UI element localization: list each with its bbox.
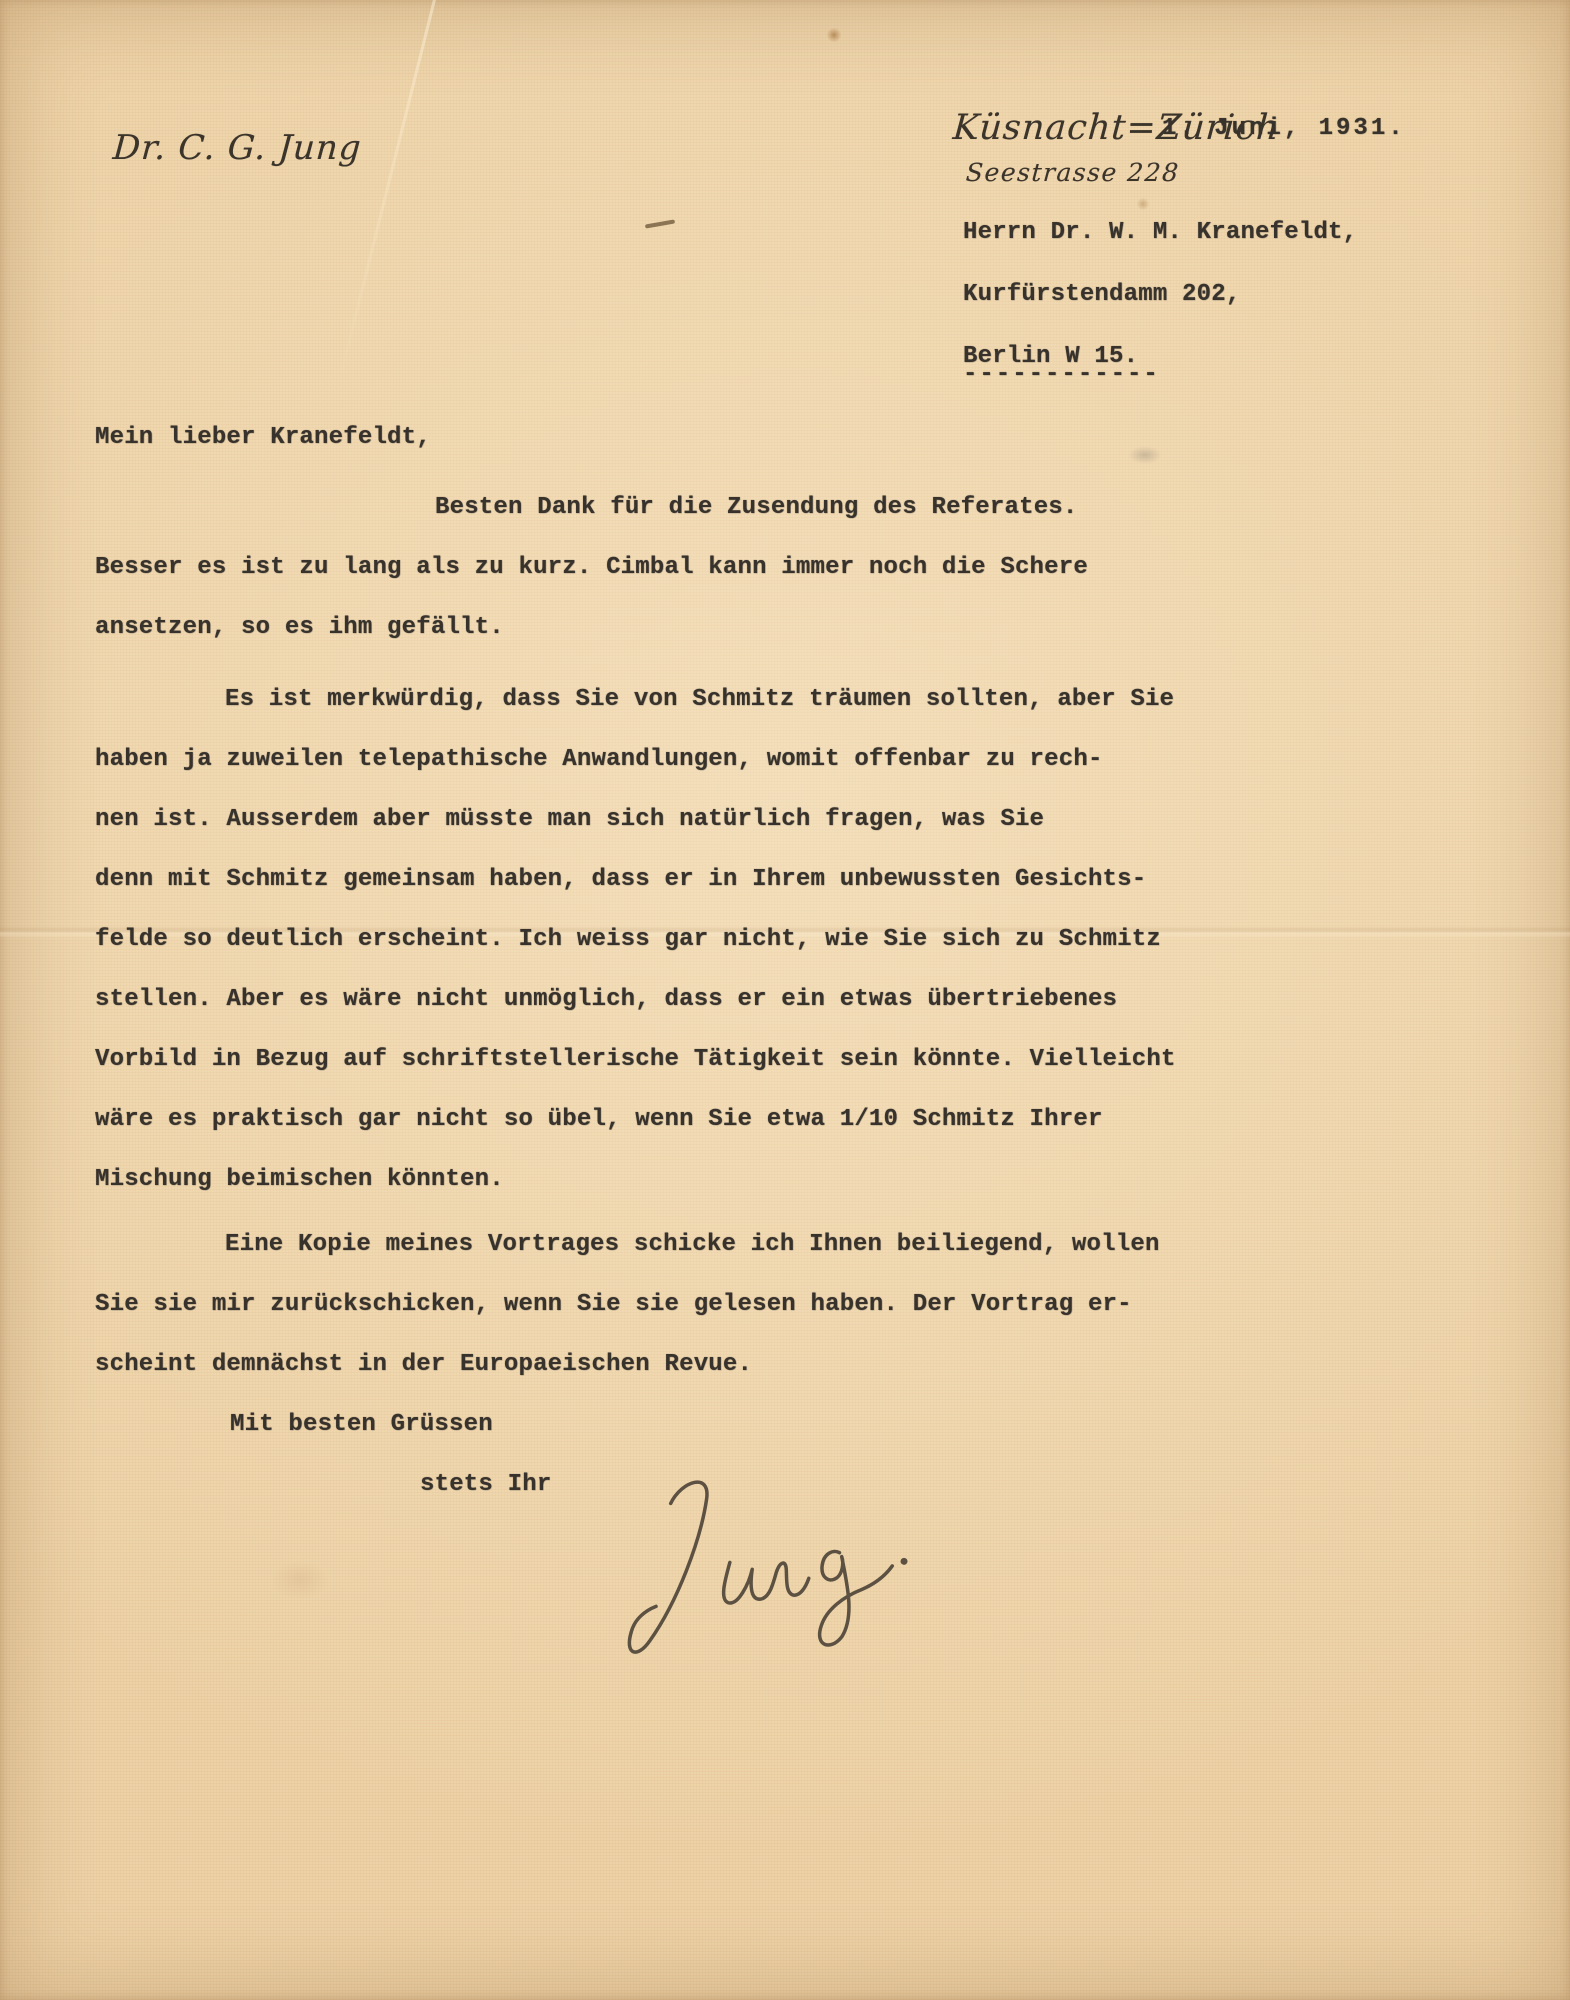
body-line: Besser es ist zu lang als zu kurz. Cimba… <box>95 538 1295 598</box>
closing-regards: Mit besten Grüssen <box>95 1395 1295 1455</box>
body-line: scheint demnächst in der Europaeischen R… <box>95 1335 1295 1395</box>
letter-body: Besten Dank für die Zusendung des Refera… <box>95 478 1295 1515</box>
letterhead-street: Seestrasse 228 <box>965 158 1181 187</box>
body-line: nen ist. Ausserdem aber müsste man sich … <box>95 790 1295 850</box>
paper-stain <box>270 1560 330 1600</box>
body-line: ansetzen, so es ihm gefällt. <box>95 598 1295 658</box>
body-line: Eine Kopie meines Vortrages schicke ich … <box>95 1215 1295 1275</box>
jung-signature <box>607 1454 927 1675</box>
body-line: Vorbild in Bezug auf schriftstellerische… <box>95 1030 1295 1090</box>
letterhead-sender-name: Dr. C. G. Jung <box>112 128 363 168</box>
signature-period <box>900 1558 907 1565</box>
body-line: haben ja zuweilen telepathische Anwandlu… <box>95 730 1295 790</box>
paper-stain <box>826 28 842 42</box>
address-underline: ------------ <box>963 360 1160 390</box>
body-line: Mischung beimischen könnten. <box>95 1150 1295 1210</box>
body-line: denn mit Schmitz gemeinsam haben, dass e… <box>95 850 1295 910</box>
paper-smudge <box>1128 446 1162 464</box>
date: 1. Juni, 1931. <box>1162 98 1406 160</box>
body-line: Es ist merkwürdig, dass Sie von Schmitz … <box>95 670 1295 730</box>
recipient-name: Herrn Dr. W. M. Kranefeldt, <box>963 202 1357 264</box>
body-line: felde so deutlich erscheint. Ich weiss g… <box>95 910 1295 970</box>
body-line: wäre es praktisch gar nicht so übel, wen… <box>95 1090 1295 1150</box>
recipient-street: Kurfürstendamm 202, <box>963 264 1240 326</box>
body-line: stellen. Aber es wäre nicht unmöglich, d… <box>95 970 1295 1030</box>
diagonal-crease <box>337 0 442 384</box>
salutation: Mein lieber Kranefeldt, <box>95 408 431 468</box>
letter-page: Dr. C. G. Jung Küsnacht=Zürich Seestrass… <box>0 0 1570 2000</box>
body-line: Sie sie mir zurückschicken, wenn Sie sie… <box>95 1275 1295 1335</box>
body-line: Besten Dank für die Zusendung des Refera… <box>95 478 1295 538</box>
pen-tick-mark <box>645 219 675 228</box>
